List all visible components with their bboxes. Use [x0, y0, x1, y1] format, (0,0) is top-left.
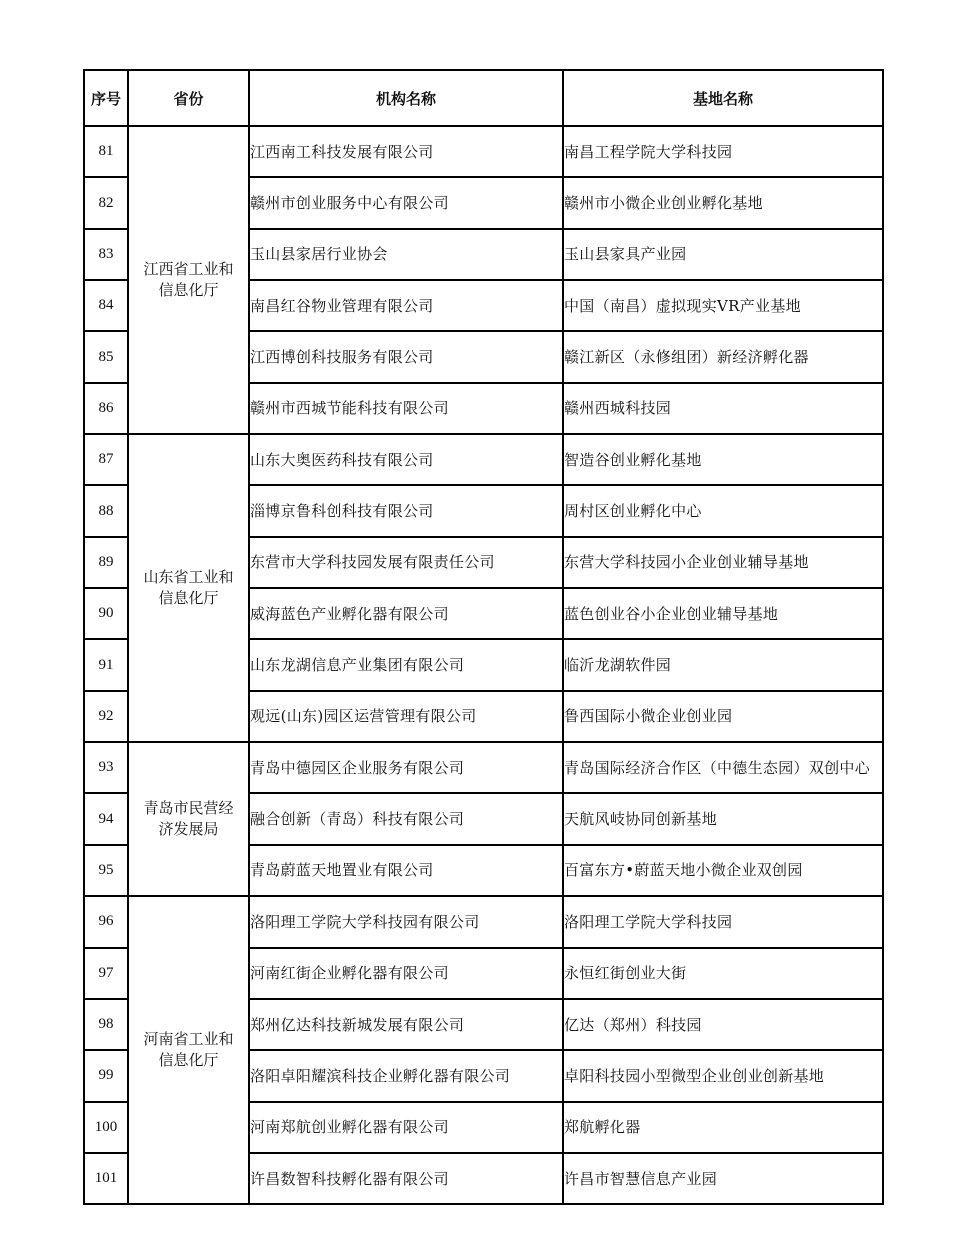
table-row: 93 青岛市民营经 济发展局 青岛中德园区企业服务有限公司 青岛国际经济合作区（…: [84, 742, 883, 793]
province-cell: 山东省工业和 信息化厅: [128, 434, 249, 742]
organization-cell: 河南红街企业孵化器有限公司: [249, 948, 563, 999]
organization-cell: 融合创新（青岛）科技有限公司: [249, 793, 563, 844]
incubator-base-table: 序号 省份 机构名称 基地名称 81 江西省工业和 信息化厅 江西南工科技发展有…: [83, 69, 884, 1205]
base-cell: 临沂龙湖软件园: [563, 639, 883, 690]
base-cell: 智造谷创业孵化基地: [563, 434, 883, 485]
base-cell: 天航风岐协同创新基地: [563, 793, 883, 844]
base-cell: 郑航孵化器: [563, 1102, 883, 1153]
base-cell: 东营大学科技园小企业创业辅导基地: [563, 537, 883, 588]
row-index: 85: [84, 331, 128, 382]
province-line: 青岛市民营经: [129, 798, 248, 819]
header-row: 序号 省份 机构名称 基地名称: [84, 70, 883, 126]
province-line: 江西省工业和: [129, 259, 248, 280]
organization-cell: 河南郑航创业孵化器有限公司: [249, 1102, 563, 1153]
row-index: 91: [84, 639, 128, 690]
row-index: 93: [84, 742, 128, 793]
row-index: 99: [84, 1050, 128, 1101]
row-index: 87: [84, 434, 128, 485]
province-line: 山东省工业和: [129, 567, 248, 588]
row-index: 94: [84, 793, 128, 844]
province-line: 济发展局: [129, 819, 248, 840]
row-index: 83: [84, 229, 128, 280]
base-cell: 中国（南昌）虚拟现实VR产业基地: [563, 280, 883, 331]
table-row: 96 河南省工业和 信息化厅 洛阳理工学院大学科技园有限公司 洛阳理工学院大学科…: [84, 896, 883, 947]
organization-cell: 江西南工科技发展有限公司: [249, 126, 563, 177]
organization-cell: 洛阳卓阳耀滨科技企业孵化器有限公司: [249, 1050, 563, 1101]
header-index: 序号: [84, 70, 128, 126]
header-organization: 机构名称: [249, 70, 563, 126]
row-index: 97: [84, 948, 128, 999]
row-index: 95: [84, 845, 128, 896]
base-cell: 赣州西城科技园: [563, 383, 883, 434]
province-line: 信息化厅: [129, 588, 248, 609]
organization-cell: 淄博京鲁科创科技有限公司: [249, 485, 563, 536]
organization-cell: 观远(山东)园区运营管理有限公司: [249, 691, 563, 742]
base-cell: 洛阳理工学院大学科技园: [563, 896, 883, 947]
base-cell: 卓阳科技园小型微型企业创业创新基地: [563, 1050, 883, 1101]
row-index: 98: [84, 999, 128, 1050]
table-row: 87 山东省工业和 信息化厅 山东大奥医药科技有限公司 智造谷创业孵化基地: [84, 434, 883, 485]
base-cell: 蓝色创业谷小企业创业辅导基地: [563, 588, 883, 639]
row-index: 101: [84, 1153, 128, 1204]
province-cell: 河南省工业和 信息化厅: [128, 896, 249, 1204]
base-cell: 南昌工程学院大学科技园: [563, 126, 883, 177]
province-cell: 青岛市民营经 济发展局: [128, 742, 249, 896]
base-cell: 青岛国际经济合作区（中德生态园）双创中心: [563, 742, 883, 793]
province-line: 河南省工业和: [129, 1029, 248, 1050]
base-cell: 亿达（郑州）科技园: [563, 999, 883, 1050]
header-base: 基地名称: [563, 70, 883, 126]
row-index: 89: [84, 537, 128, 588]
row-index: 82: [84, 177, 128, 228]
base-cell: 鲁西国际小微企业创业园: [563, 691, 883, 742]
organization-cell: 山东龙湖信息产业集团有限公司: [249, 639, 563, 690]
province-cell: 江西省工业和 信息化厅: [128, 126, 249, 434]
base-cell: 周村区创业孵化中心: [563, 485, 883, 536]
organization-cell: 江西博创科技服务有限公司: [249, 331, 563, 382]
organization-cell: 许昌数智科技孵化器有限公司: [249, 1153, 563, 1204]
row-index: 90: [84, 588, 128, 639]
organization-cell: 青岛蔚蓝天地置业有限公司: [249, 845, 563, 896]
base-cell: 玉山县家具产业园: [563, 229, 883, 280]
organization-cell: 郑州亿达科技新城发展有限公司: [249, 999, 563, 1050]
organization-cell: 赣州市西城节能科技有限公司: [249, 383, 563, 434]
row-index: 96: [84, 896, 128, 947]
row-index: 86: [84, 383, 128, 434]
province-line: 信息化厅: [129, 1050, 248, 1071]
organization-cell: 东营市大学科技园发展有限责任公司: [249, 537, 563, 588]
row-index: 92: [84, 691, 128, 742]
row-index: 81: [84, 126, 128, 177]
header-province: 省份: [128, 70, 249, 126]
province-line: 信息化厅: [129, 280, 248, 301]
row-index: 84: [84, 280, 128, 331]
organization-cell: 山东大奥医药科技有限公司: [249, 434, 563, 485]
organization-cell: 青岛中德园区企业服务有限公司: [249, 742, 563, 793]
base-cell: 许昌市智慧信息产业园: [563, 1153, 883, 1204]
base-cell: 赣州市小微企业创业孵化基地: [563, 177, 883, 228]
organization-cell: 赣州市创业服务中心有限公司: [249, 177, 563, 228]
base-cell: 永恒红街创业大街: [563, 948, 883, 999]
row-index: 88: [84, 485, 128, 536]
organization-cell: 南昌红谷物业管理有限公司: [249, 280, 563, 331]
organization-cell: 洛阳理工学院大学科技园有限公司: [249, 896, 563, 947]
organization-cell: 威海蓝色产业孵化器有限公司: [249, 588, 563, 639]
table-row: 81 江西省工业和 信息化厅 江西南工科技发展有限公司 南昌工程学院大学科技园: [84, 126, 883, 177]
base-cell: 百富东方•蔚蓝天地小微企业双创园: [563, 845, 883, 896]
organization-cell: 玉山县家居行业协会: [249, 229, 563, 280]
base-cell: 赣江新区（永修组团）新经济孵化器: [563, 331, 883, 382]
row-index: 100: [84, 1102, 128, 1153]
